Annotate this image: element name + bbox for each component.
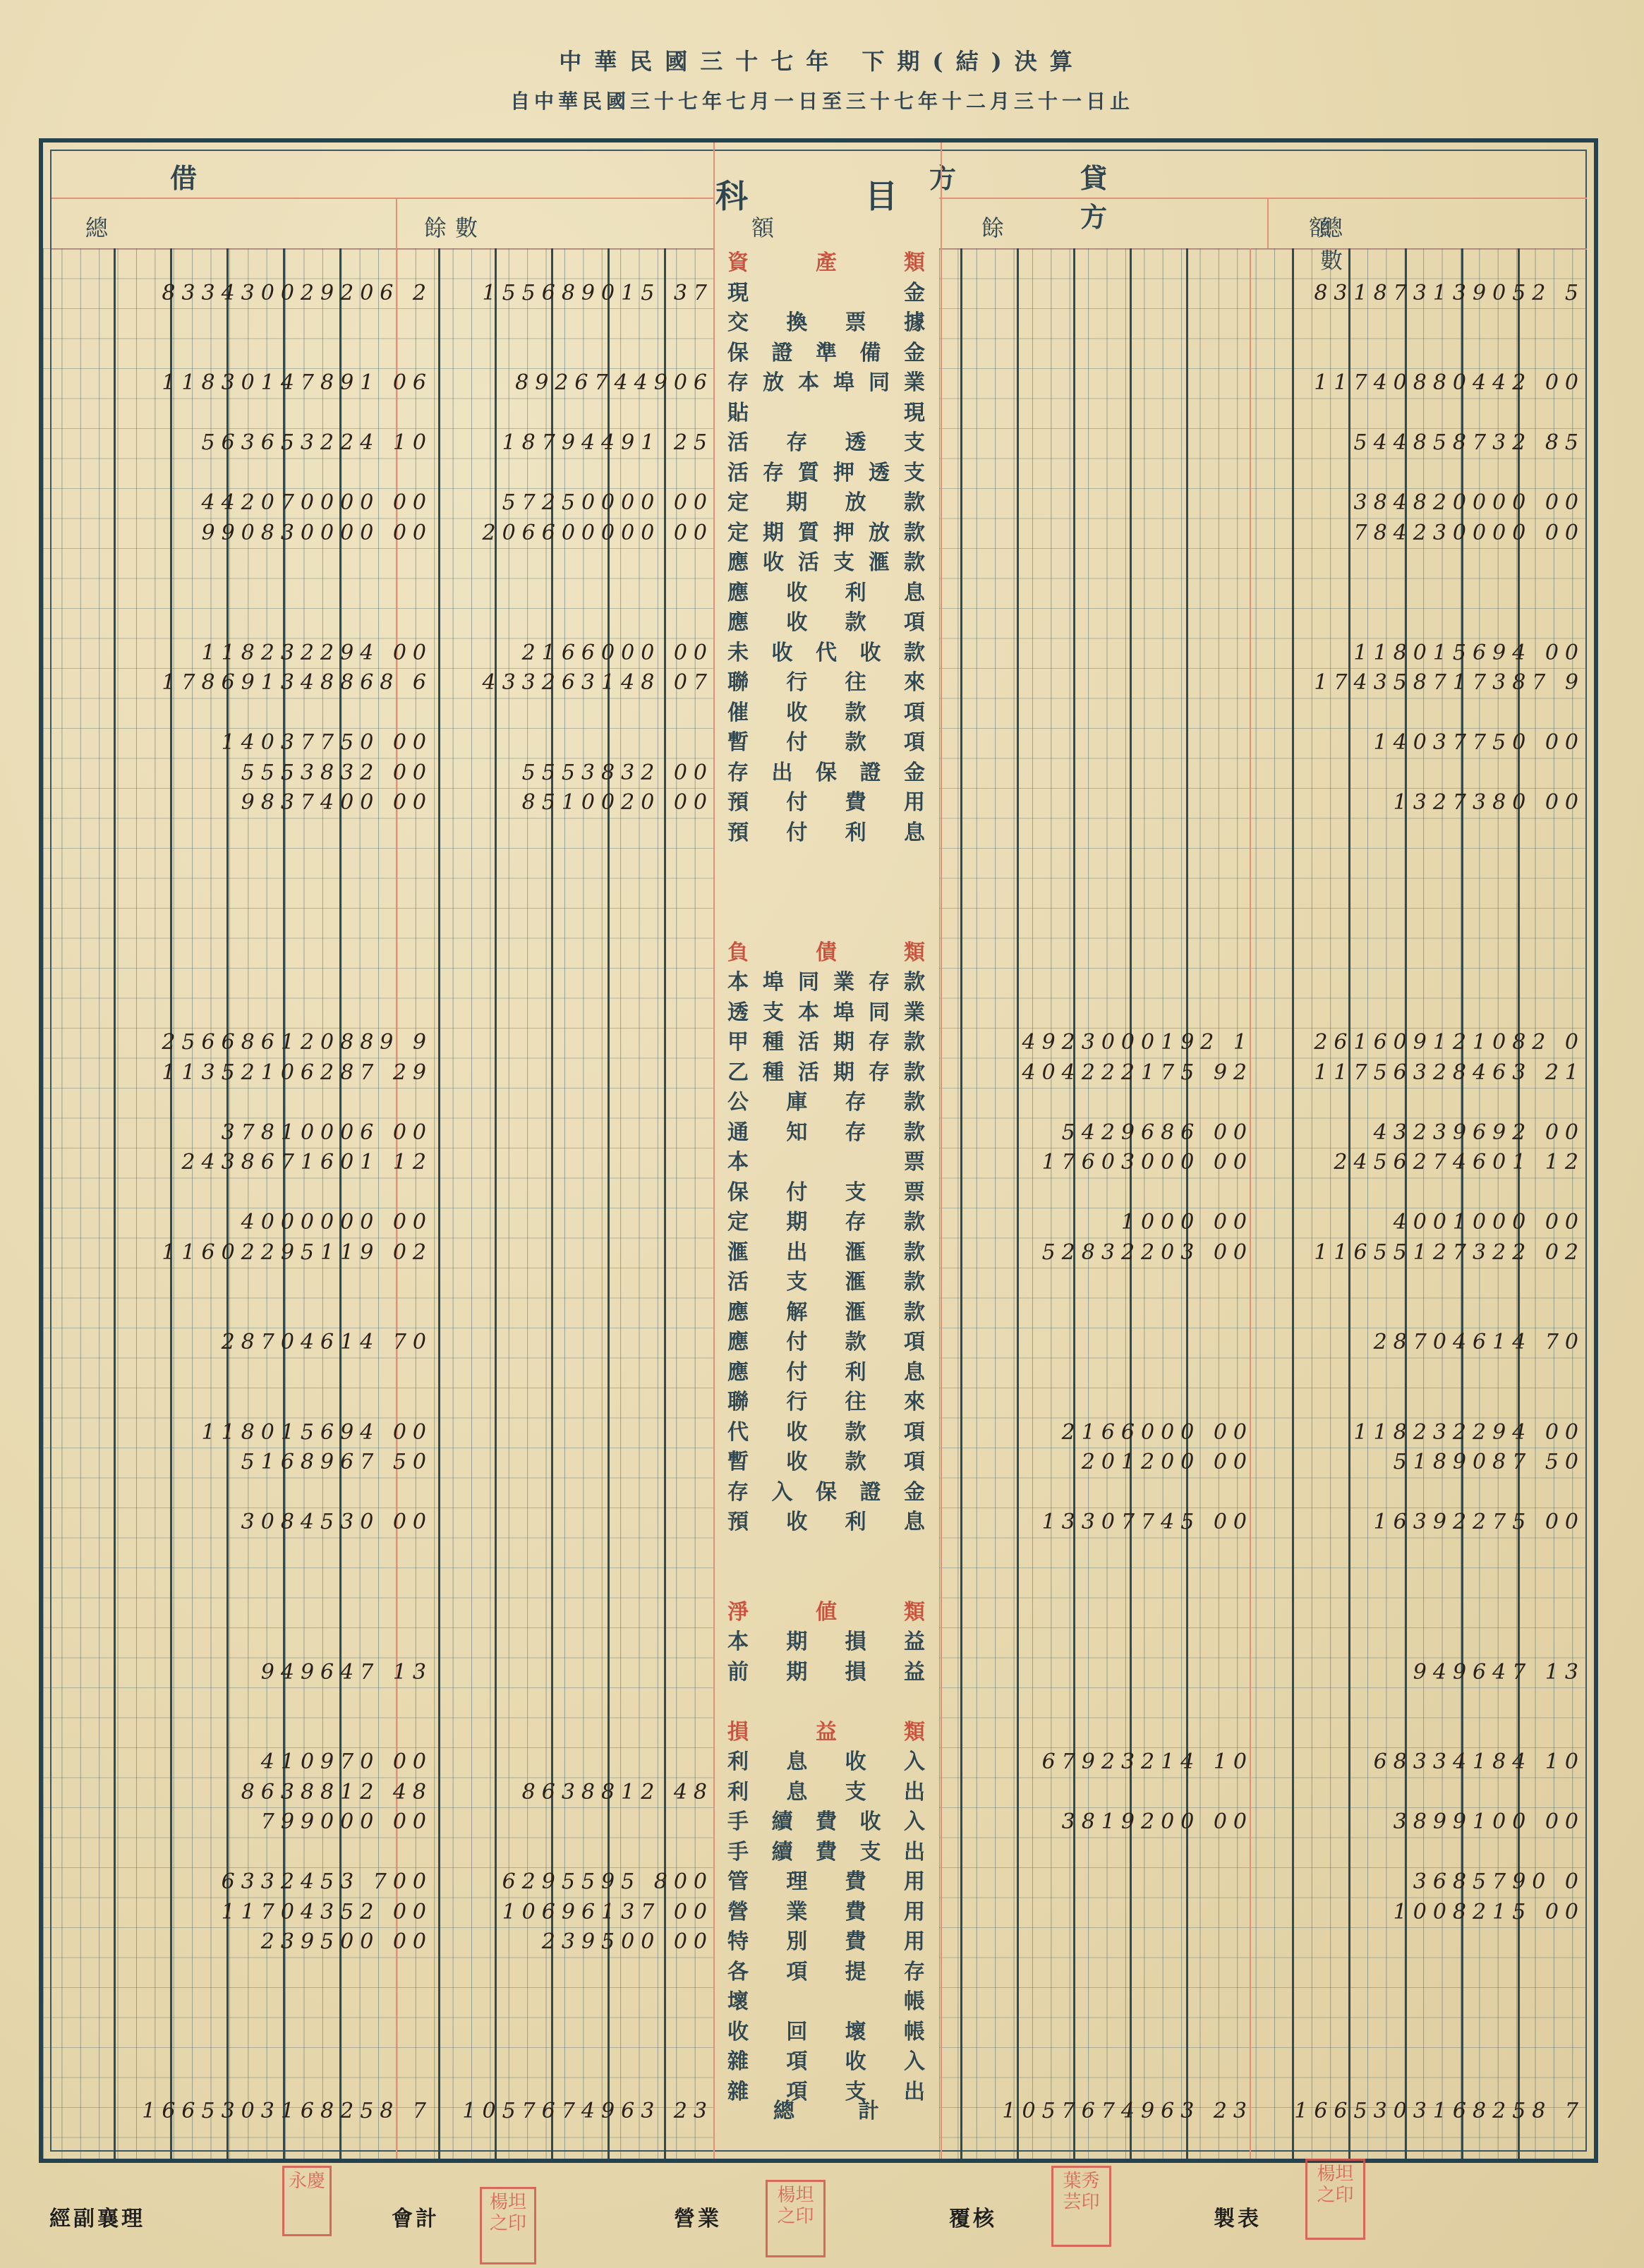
grand-total-credit-total: 1665303168258 7 <box>1243 2097 1585 2126</box>
account-label: 甲種活期存款 <box>727 1028 925 1057</box>
amount-debit-total: 11704352 00 <box>52 1898 433 1927</box>
account-label: 利息收入 <box>727 1747 925 1777</box>
account-label: 現金 <box>727 279 925 308</box>
amount-debit-total: 178691348868 6 <box>52 668 433 698</box>
account-label: 預收利息 <box>727 1508 925 1537</box>
account-label: 定期存款 <box>727 1208 925 1237</box>
amount-credit-total: 118015694 00 <box>1243 638 1585 668</box>
amount-debit-total: 5553832 00 <box>52 758 433 788</box>
seal-1: 永慶 <box>282 2166 332 2236</box>
amount-debit-total: 14037750 00 <box>52 728 433 758</box>
account-label: 預付利息 <box>727 818 925 848</box>
account-label: 手續費收入 <box>727 1807 925 1837</box>
amount-debit-total: 442070000 00 <box>52 488 433 518</box>
account-label: 定期放款 <box>727 488 925 518</box>
account-label: 活存透支 <box>727 428 925 458</box>
account-label: 乙種活期存款 <box>727 1058 925 1088</box>
amount-credit-total: 5189087 50 <box>1243 1448 1585 1477</box>
amount-debit-total: 37810006 00 <box>52 1118 433 1148</box>
account-label: 手續費支出 <box>727 1838 925 1867</box>
amount-credit-total: 11655127322 02 <box>1243 1238 1585 1268</box>
account-label: 應收款項 <box>727 608 925 638</box>
account-label: 存入保證金 <box>727 1478 925 1508</box>
account-label: 雜項收入 <box>727 2047 925 2077</box>
account-label: 應付利息 <box>727 1358 925 1388</box>
account-label: 代收款項 <box>727 1418 925 1448</box>
category-label: 資產類 <box>727 248 925 278</box>
account-label: 收回壞帳 <box>727 2018 925 2047</box>
amount-credit-balance: 17603000 00 <box>939 1148 1253 1177</box>
amount-debit-total: 799000 00 <box>52 1807 433 1837</box>
account-label: 未收代收款 <box>727 638 925 668</box>
amount-credit-balance: 2166000 00 <box>939 1418 1253 1448</box>
subject-column: 科 目 資產類現金交換票據保證準備金存放本埠同業貼現活存透支活存質押透支定期放款… <box>713 142 942 2159</box>
account-label <box>727 908 925 938</box>
amount-credit-balance: 52832203 00 <box>939 1238 1253 1268</box>
amount-debit-total: 11352106287 29 <box>52 1058 433 1088</box>
category-label: 負債類 <box>727 938 925 968</box>
amount-credit-total: 3685790 0 <box>1243 1867 1585 1897</box>
account-label: 通知存款 <box>727 1118 925 1148</box>
report-title: 中華民國三十七年 下期(結)決算 <box>0 44 1644 76</box>
amount-credit-total: 261609121082 0 <box>1243 1028 1585 1057</box>
amount-debit-total: 118232294 00 <box>52 638 433 668</box>
amount-credit-total: 1327380 00 <box>1243 788 1585 818</box>
subject-header: 科 目 <box>715 171 941 217</box>
amount-credit-balance: 13307745 00 <box>939 1508 1253 1537</box>
account-label: 活存質押透支 <box>727 459 925 488</box>
grand-total-debit-total: 1665303168258 7 <box>52 2097 433 2126</box>
category-label: 損益類 <box>727 1718 925 1747</box>
ledger-table: 借 方 貸 方 總 數 餘 額 餘 額 總 數 科 目 資產類現金交換票據保證準… <box>39 138 1598 2163</box>
account-label: 管理費用 <box>727 1867 925 1897</box>
category-label: 淨値類 <box>727 1598 925 1627</box>
amount-credit-total: 831873139052 5 <box>1243 279 1585 308</box>
account-label: 應付款項 <box>727 1328 925 1357</box>
account-label: 營業費用 <box>727 1898 925 1927</box>
amount-debit-balance: 2166000 00 <box>396 638 713 668</box>
grand-total-label: 總 計 <box>727 2097 925 2126</box>
account-label: 聯行往來 <box>727 668 925 698</box>
account-label: 預付費用 <box>727 788 925 818</box>
signature-audit: 覆核 <box>949 2201 997 2232</box>
amount-debit-total: 410970 00 <box>52 1747 433 1777</box>
amount-credit-total: 68334184 10 <box>1243 1747 1585 1777</box>
report-period: 自中華民國三十七年七月一日至三十七年十二月三十一日止 <box>0 86 1644 114</box>
account-label: 保證準備金 <box>727 339 925 368</box>
account-label: 存放本埠同業 <box>727 368 925 398</box>
account-label: 透支本埠同業 <box>727 998 925 1028</box>
account-label: 本埠同業存款 <box>727 968 925 997</box>
amount-credit-total: 2456274601 12 <box>1243 1148 1585 1177</box>
amount-credit-balance: 1000 00 <box>939 1208 1253 1237</box>
amount-debit-total: 8638812 48 <box>52 1778 433 1807</box>
amount-debit-balance: 18794491 25 <box>396 428 713 458</box>
amount-debit-balance: 10696137 00 <box>396 1898 713 1927</box>
amount-debit-balance: 57250000 00 <box>396 488 713 518</box>
amount-credit-total: 3899100 00 <box>1243 1807 1585 1837</box>
seal-4: 葉秀芸印 <box>1051 2166 1111 2247</box>
amount-credit-balance: 4923000192 1 <box>939 1028 1253 1057</box>
seal-5: 楊坦之印 <box>1305 2159 1365 2240</box>
account-label <box>727 878 925 908</box>
account-label: 利息支出 <box>727 1778 925 1807</box>
amount-credit-total: 784230000 00 <box>1243 519 1585 548</box>
amount-credit-balance: 5429686 00 <box>939 1118 1253 1148</box>
account-label: 暫收款項 <box>727 1448 925 1477</box>
signature-manager: 經副襄理 <box>49 2201 145 2232</box>
amount-credit-total: 384820000 00 <box>1243 488 1585 518</box>
seal-2: 楊坦之印 <box>480 2187 536 2264</box>
account-label: 本期損益 <box>727 1627 925 1657</box>
amount-credit-total: 11756328463 21 <box>1243 1058 1585 1088</box>
amount-debit-balance: 433263148 07 <box>396 668 713 698</box>
amount-debit-total: 4000000 00 <box>52 1208 433 1237</box>
amount-debit-total: 833430029206 2 <box>52 279 433 308</box>
amount-credit-total: 949647 13 <box>1243 1658 1585 1687</box>
account-label: 滙出滙款 <box>727 1238 925 1268</box>
amount-credit-total: 28704614 70 <box>1243 1328 1585 1357</box>
amount-debit-total: 11602295119 02 <box>52 1238 433 1268</box>
amount-debit-balance: 155689015 37 <box>396 279 713 308</box>
account-label: 應解滙款 <box>727 1298 925 1328</box>
amount-credit-total: 43239692 00 <box>1243 1118 1585 1148</box>
amount-debit-total: 118015694 00 <box>52 1418 433 1448</box>
account-label <box>727 1687 925 1717</box>
amount-debit-total: 990830000 00 <box>52 519 433 548</box>
account-label <box>727 1567 925 1597</box>
amount-credit-balance: 201200 00 <box>939 1448 1253 1477</box>
amount-credit-balance: 3819200 00 <box>939 1807 1253 1837</box>
account-label: 貼現 <box>727 399 925 428</box>
amount-debit-total: 28704614 70 <box>52 1328 433 1357</box>
signature-business: 營業 <box>674 2201 722 2232</box>
amount-credit-total: 1008215 00 <box>1243 1898 1585 1927</box>
account-label: 應收活支滙款 <box>727 548 925 578</box>
amount-credit-balance: 404222175 92 <box>939 1058 1253 1088</box>
amount-debit-total: 256686120889 9 <box>52 1028 433 1057</box>
account-label: 暫付款項 <box>727 728 925 758</box>
account-label: 壞帳 <box>727 1987 925 2017</box>
amount-debit-balance: 206600000 00 <box>396 519 713 548</box>
account-label: 應收利息 <box>727 578 925 608</box>
grand-total-credit-balance: 1057674963 23 <box>939 2097 1253 2126</box>
amount-debit-total: 949647 13 <box>52 1658 433 1687</box>
amount-credit-total: 174358717387 9 <box>1243 668 1585 698</box>
amount-debit-total: 563653224 10 <box>52 428 433 458</box>
amount-debit-total: 239500 00 <box>52 1927 433 1957</box>
amount-debit-total: 6332453 700 <box>52 1867 433 1897</box>
amount-debit-total: 5168967 50 <box>52 1448 433 1477</box>
amount-debit-total: 3084530 00 <box>52 1508 433 1537</box>
amount-credit-total: 118232294 00 <box>1243 1418 1585 1448</box>
amount-debit-balance: 239500 00 <box>396 1927 713 1957</box>
amount-credit-total: 14037750 00 <box>1243 728 1585 758</box>
amount-debit-balance: 6295595 800 <box>396 1867 713 1897</box>
account-label: 保付支票 <box>727 1178 925 1208</box>
account-label: 各項提存 <box>727 1958 925 1987</box>
account-label: 交換票據 <box>727 308 925 338</box>
account-label: 公庫存款 <box>727 1088 925 1117</box>
account-label: 催收款項 <box>727 698 925 728</box>
account-label <box>727 1538 925 1567</box>
amount-credit-total: 11740880442 00 <box>1243 368 1585 398</box>
account-label: 活支滙款 <box>727 1268 925 1297</box>
account-label <box>727 848 925 878</box>
signature-prepared: 製表 <box>1214 2201 1262 2232</box>
account-label: 特別費用 <box>727 1927 925 1957</box>
amount-debit-balance: 8638812 48 <box>396 1778 713 1807</box>
amount-debit-balance: 8510020 00 <box>396 788 713 818</box>
account-label: 本票 <box>727 1148 925 1177</box>
grand-total-debit-balance: 1057674963 23 <box>396 2097 713 2126</box>
amount-credit-total: 4001000 00 <box>1243 1208 1585 1237</box>
account-label: 存出保證金 <box>727 758 925 788</box>
amount-debit-balance: 5553832 00 <box>396 758 713 788</box>
account-label: 聯行往來 <box>727 1388 925 1417</box>
amount-debit-total: 11830147891 06 <box>52 368 433 398</box>
amount-credit-total: 16392275 00 <box>1243 1508 1585 1537</box>
seal-3: 楊坦之印 <box>766 2180 826 2257</box>
signature-accounting: 會計 <box>392 2201 440 2232</box>
amount-debit-total: 2438671601 12 <box>52 1148 433 1177</box>
account-label: 前期損益 <box>727 1658 925 1687</box>
amount-credit-total: 544858732 85 <box>1243 428 1585 458</box>
amount-debit-balance: 8926744906 <box>396 368 713 398</box>
account-label: 定期質押放款 <box>727 519 925 548</box>
amount-debit-total: 9837400 00 <box>52 788 433 818</box>
amount-credit-balance: 67923214 10 <box>939 1747 1253 1777</box>
